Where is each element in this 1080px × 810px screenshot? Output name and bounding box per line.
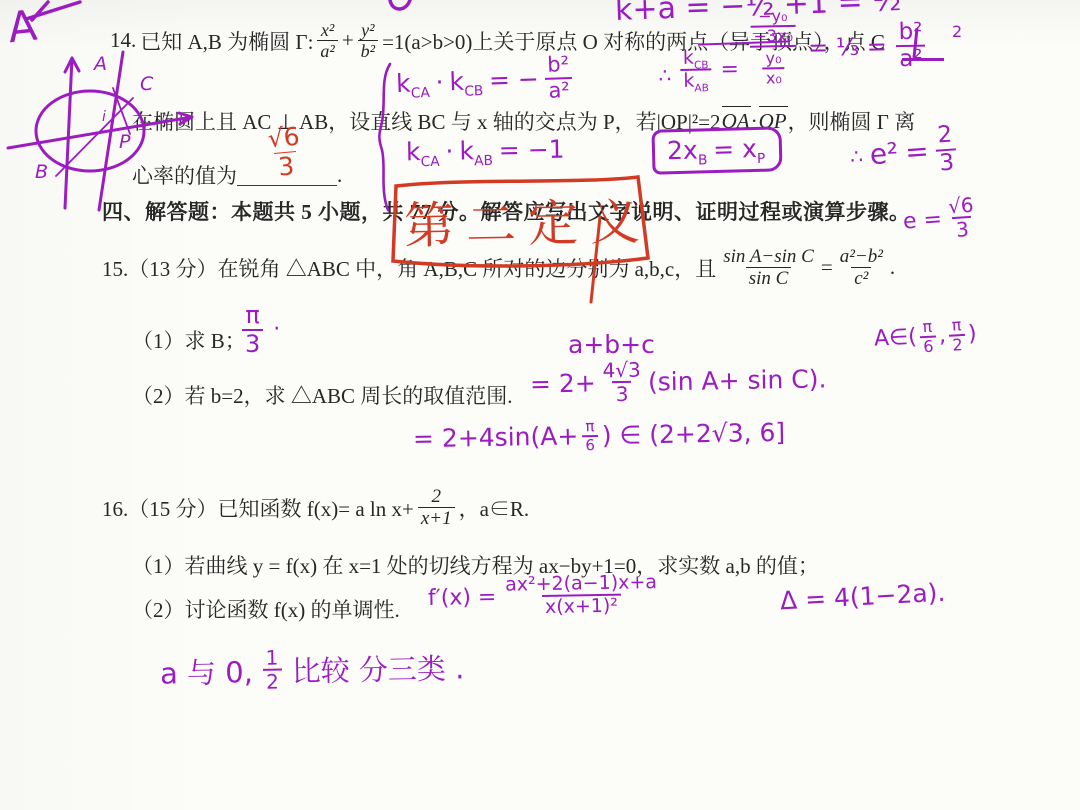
fraction-1-2: 12 (262, 647, 282, 694)
fraction-numerator: 2 (934, 122, 956, 149)
equals-2-plus-4sin: = 2+4sin(A+ (413, 422, 579, 454)
k-term: kAB (459, 136, 493, 166)
fraction-numerator: √6 (264, 122, 304, 153)
fraction-pi-3: π3 (242, 302, 263, 358)
fraction-y2-b2: y²b² (358, 20, 378, 61)
period: . (337, 163, 342, 188)
fraction-denominator: 2 (949, 334, 966, 355)
fraction-b2-a2: b²a² (544, 53, 573, 103)
fraction-denominator: 3 (242, 329, 263, 358)
fraction-numerator: 2 (428, 486, 444, 507)
red-answer-sqrt6-3: √6 3 (264, 122, 307, 182)
equals: = (904, 135, 930, 170)
diagram-label-C: C (140, 73, 154, 95)
fraction-pi-6: π6 (582, 418, 598, 454)
handwritten-perimeter-sum: a+b+c (568, 330, 655, 359)
range-interval: ) ∈ (2+2√3, 6] (602, 418, 786, 450)
y-axis-arrow (65, 58, 79, 208)
fraction-numerator: a²−b² (837, 246, 886, 267)
equals-one-third: = ⅓ = (808, 33, 887, 62)
equals-xP: = xP (713, 134, 766, 164)
therefore-sign: ∴ (849, 144, 863, 169)
sin-sum-term: (sin A+ sin C). (648, 364, 827, 396)
compare-a-with: a 与 0, (160, 650, 254, 693)
handwritten-e-value: e = √63 (901, 193, 979, 245)
stray-u-stroke (388, 0, 412, 14)
fraction-denominator: x₀ (763, 67, 785, 87)
fraction-denominator: c² (851, 267, 871, 289)
stray-pen-strokes (18, 0, 88, 22)
fraction-denominator: a² (317, 40, 337, 61)
problem-16-head: 16.（15 分）已知函数 f(x)= a ln x+ (102, 493, 414, 523)
inner-fraction-bottom: y₀x₀ (762, 49, 785, 87)
stray-superscript-2: 2 (952, 22, 962, 41)
fraction-denominator: sin C (746, 267, 792, 289)
underline-mark (902, 58, 944, 61)
diagram-label-B: B (35, 161, 48, 183)
equals: = − (488, 64, 539, 95)
plus-sign: + (342, 28, 354, 53)
fraction-denominator: 6 (582, 435, 598, 454)
fraction-numerator: y² (358, 20, 377, 40)
fraction-denominator: x+1 (418, 507, 455, 529)
equals-minus-one: = −1 (499, 135, 565, 165)
handwritten-slope-ratio: ∴ kCB kAB = −y₀−3x₀ y₀x₀ = ⅓ = b²a² (657, 4, 926, 93)
stray-dot: · (273, 317, 280, 342)
fraction-4sqrt3-3: 4√33 (599, 359, 644, 407)
fraction-numerator: π (948, 316, 965, 335)
problem-15-part1: （1）求 B； (132, 325, 246, 355)
fraction-denominator: 6 (920, 335, 937, 356)
handwritten-derivative: f′(x) = ax²+2(a−1)x+ax(x+1)² (428, 572, 661, 621)
fraction-numerator: sin A−sin C (720, 246, 817, 267)
ellipse-diagram: A C B P i (2, 28, 207, 233)
f-prime-equals: f′(x) = (428, 585, 497, 611)
fraction-numerator: y₀ (762, 49, 784, 67)
fraction-pi-2: π2 (948, 316, 966, 355)
fraction-denominator: 3 (952, 216, 972, 242)
problem-15-part2: （2）若 b=2，求 △ABC 周长的取值范围. (132, 380, 513, 410)
equals-sign: = (821, 255, 833, 280)
fraction-pi-6: π6 (919, 317, 937, 356)
handwritten-boxed-relation: 2xB = xP (651, 126, 782, 174)
fraction-sin: sin A−sin Csin C (720, 246, 817, 290)
fraction-denominator: 3 (612, 381, 631, 406)
A-in-open-paren: A∈( (873, 325, 917, 352)
complex-fraction: −y₀−3x₀ y₀x₀ (747, 7, 800, 90)
term-2xB: 2xB (667, 135, 708, 165)
fraction-kcb-kab: kCB kAB (680, 47, 712, 92)
problem-16-line1: 16.（15 分）已知函数 f(x)= a ln x+ 2x+1 ，a∈R. (102, 486, 529, 530)
problem-14-line2-text: 在椭圆上且 AC ⊥ AB，设直线 BC 与 x 轴的交点为 P，若|OP|²=… (132, 106, 721, 136)
equals: = (720, 57, 739, 82)
e-squared: e² (869, 137, 900, 172)
fraction-sqrt6-3: √63 (944, 193, 979, 242)
period: . (890, 255, 895, 280)
e-equals: e = (902, 207, 943, 235)
three-cases-note: 比较 分三类 . (291, 646, 464, 690)
diagram-label-i: i (102, 109, 106, 125)
fraction-denominator: 2 (263, 669, 282, 694)
fraction-denominator: 3 (274, 151, 298, 182)
fraction-x2-a2: x²a² (317, 20, 337, 61)
fraction-derivative: ax²+2(a−1)x+ax(x+1)² (502, 572, 661, 619)
fraction-b2-a2: b²a² (895, 19, 926, 73)
exam-paper-page: 14. 已知 A,B 为椭圆 Γ: x²a² + y²b² =1(a>b>0)上… (0, 0, 1080, 810)
fraction-denominator: b² (358, 40, 378, 61)
fraction-numerator: √6 (944, 193, 977, 218)
handwritten-A-range: A∈( π6 , π2 ) (873, 315, 978, 358)
fraction-denominator: kAB (680, 69, 712, 93)
dot: · (445, 137, 453, 166)
fraction-numerator: π (582, 418, 597, 435)
handwritten-case-note: a 与 0, 12 比较 分三类 . (160, 643, 465, 695)
handwritten-slope-product-1: kCA · kCB = − b²a² (395, 53, 573, 108)
handwritten-answer-B: π3 · (242, 302, 280, 358)
fraction-numerator: 4√3 (599, 359, 644, 382)
problem-16-tail: ，a∈R. (459, 493, 530, 523)
fraction-a2b2-c2: a²−b²c² (837, 246, 886, 290)
handwritten-discriminant: Δ = 4(1−2a). (779, 578, 946, 616)
handwritten-e-squared: ∴ e² = 23 (848, 122, 958, 183)
fraction-2-3: 23 (934, 122, 958, 177)
comma: , (938, 323, 946, 348)
diagram-label-P: P (119, 131, 131, 153)
handwritten-perimeter-step1: = 2+ 4√33 (sin A+ sin C). (530, 355, 827, 407)
diagram-label-A: A (92, 53, 107, 75)
problem-16-part2: （2）讨论函数 f(x) 的单调性. (132, 594, 400, 624)
handwritten-perimeter-step2: = 2+4sin(A+ π6 ) ∈ (2+2√3, 6] (413, 415, 786, 457)
fraction-denominator: a² (545, 76, 573, 102)
fraction-denominator: x(x+1)² (542, 594, 621, 619)
red-note-second-definition: 第二定义 (403, 182, 652, 258)
problem-14-line2: 在椭圆上且 AC ⊥ AB，设直线 BC 与 x 轴的交点为 P，若|OP|²=… (132, 106, 915, 136)
handwritten-slope-product-2: kCA · kAB = −1 (406, 135, 565, 167)
fraction-denominator: y₀x₀ (750, 45, 797, 90)
fraction-numerator: b² (544, 53, 573, 77)
equals-2-plus: = 2+ (530, 368, 596, 398)
fraction-numerator: π (919, 317, 936, 336)
fraction-numerator: kCB (680, 47, 712, 69)
close-paren: ) (967, 322, 977, 347)
fraction-numerator: π (242, 302, 262, 329)
fraction-2-x1: 2x+1 (418, 486, 455, 530)
fraction-numerator: ax²+2(a−1)x+a (502, 572, 660, 596)
dot: · (435, 67, 444, 96)
fraction-numerator: −y₀ (755, 7, 791, 26)
fraction-numerator: x² (318, 20, 337, 40)
fraction-numerator: b² (895, 19, 925, 45)
fraction-denominator: 3 (936, 148, 959, 177)
fraction-numerator: 1 (262, 647, 281, 670)
therefore-sign: ∴ (658, 63, 671, 87)
k-term: kCB (449, 66, 484, 96)
k-term: kCA (396, 68, 430, 98)
k-term: kCA (406, 137, 440, 167)
